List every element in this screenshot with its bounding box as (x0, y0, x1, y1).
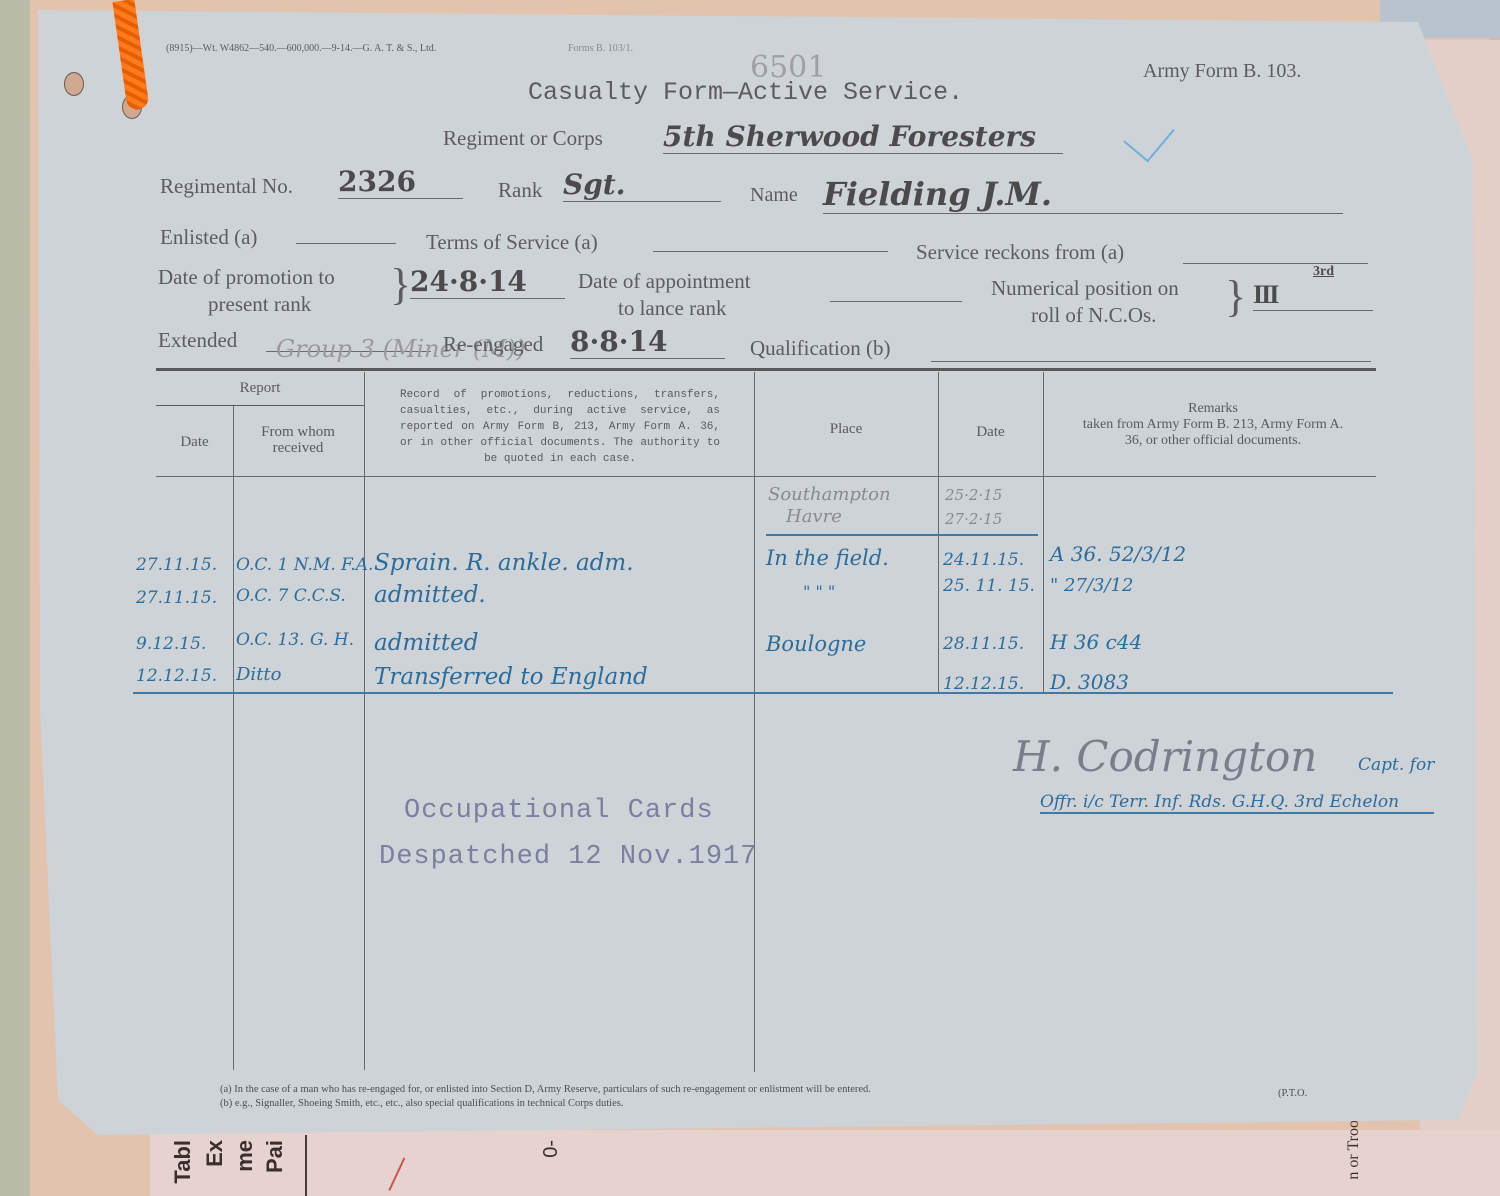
from-whom-cell: O.C. 13. G. H. (236, 630, 354, 650)
place-cell: " " " (803, 582, 835, 601)
appointment-label: Date of appointment (578, 269, 751, 294)
qualification-field (931, 360, 1371, 362)
report-date-cell: 9.12.15. (136, 634, 206, 654)
col-divider (233, 406, 234, 1070)
col-divider (364, 372, 365, 1070)
remarks-cell: A 36. 52/3/12 (1050, 542, 1186, 566)
print-code: (8915)—Wt. W4862—540.—600,000.—9-14.—G. … (166, 43, 436, 54)
col-divider (938, 372, 939, 692)
stamp-line-2: Despatched 12 Nov.1917 (379, 842, 757, 872)
header-date: Date (156, 434, 233, 450)
col-divider (754, 372, 755, 1072)
place-cell: In the field. (766, 546, 889, 570)
date-cell: 27·2·15 (945, 510, 1002, 528)
nco-position-field: III (1253, 280, 1373, 311)
report-sub-rule (156, 405, 364, 406)
regimental-no-field: 2326 (338, 165, 463, 199)
appointment-date-field (830, 300, 962, 302)
from-whom-cell: Ditto (236, 664, 282, 685)
header-remarks-sub: taken from Army Form B. 213, Army Form A… (1078, 417, 1348, 449)
place-cell: Southampton (768, 484, 891, 505)
service-reckons-field (1183, 262, 1368, 264)
nco-position-superscript: 3rd (1313, 264, 1334, 280)
record-cell: Sprain. R. ankle. adm. (374, 550, 634, 576)
terms-of-service-label: Terms of Service (a) (426, 230, 598, 255)
underlying-sheet-text: Pai (262, 1140, 288, 1173)
footnote-b: (b) e.g., Signaller, Shoeing Smith, etc.… (220, 1098, 623, 1109)
record-cell: admitted. (374, 582, 486, 608)
header-from-whom: From whom received (238, 424, 358, 456)
underlying-sheet-text: Tabl (170, 1140, 196, 1184)
signature-title: Capt. for (1358, 755, 1434, 775)
footnote-a: (a) In the case of a man who has re-enga… (220, 1084, 871, 1095)
tick-mark (1123, 110, 1175, 163)
report-date-cell: 12.12.15. (136, 666, 217, 686)
ink-end-rule (133, 692, 1393, 694)
enlisted-field (296, 242, 396, 244)
from-whom-cell: O.C. 1 N.M. F.A. (236, 555, 373, 575)
place-cell: Boulogne (766, 632, 866, 656)
header-place: Place (754, 421, 938, 437)
date-cell: 12.12.15. (943, 674, 1024, 694)
reengaged-label: Re-engaged (443, 332, 543, 357)
header-date-2: Date (938, 424, 1043, 440)
date-cell: 25·2·15 (945, 486, 1002, 504)
signature-office: Offr. i/c Terr. Inf. Rds. G.H.Q. 3rd Ech… (1040, 792, 1434, 814)
punch-hole (64, 72, 84, 96)
regiment-label: Regiment or Corps (443, 126, 603, 151)
date-cell: 28.11.15. (943, 634, 1024, 654)
green-cloth-edge (0, 0, 30, 1196)
from-whom-cell: O.C. 7 C.C.S. (236, 586, 346, 606)
terms-of-service-field (653, 250, 888, 252)
underlying-sheet-rule (305, 1135, 307, 1196)
rank-field: Sgt. (563, 168, 721, 202)
forms-reference: Forms B. 103/1. (568, 43, 633, 54)
please-turn-over: (P.T.O. (1278, 1088, 1307, 1099)
record-cell: Transferred to England (374, 664, 648, 690)
col-divider (1043, 372, 1044, 692)
date-cell: 24.11.15. (943, 550, 1024, 570)
brace: } (1225, 272, 1246, 322)
remarks-cell: H 36 c44 (1050, 630, 1142, 654)
nco-position-label: Numerical position on (991, 276, 1179, 301)
promotion-label: Date of promotion to (158, 265, 335, 290)
stamp-line-1: Occupational Cards (404, 796, 714, 826)
table-top-rule (156, 368, 1376, 371)
qualification-label: Qualification (b) (750, 336, 891, 361)
enlisted-label: Enlisted (a) (160, 225, 257, 250)
underlying-sheet-bottom (150, 1130, 1500, 1196)
underlying-sheet-text: 0- (540, 1140, 563, 1158)
form-id: Army Form B. 103. (1143, 60, 1301, 83)
casualty-form-paper: (8915)—Wt. W4862—540.—600,000.—9-14.—G. … (38, 10, 1478, 1150)
signature: H. Codrington (1013, 732, 1317, 781)
reengaged-field: 8·8·14 (570, 325, 725, 359)
report-date-cell: 27.11.15. (136, 555, 217, 575)
brace: } (390, 260, 411, 310)
date-cell: 25. 11. 15. (943, 576, 1035, 596)
regiment-field: 5th Sherwood Foresters (663, 120, 1063, 154)
header-bottom-rule (156, 476, 1376, 477)
header-report: Report (156, 380, 364, 396)
remarks-cell: " 27/3/12 (1050, 575, 1133, 596)
rank-label: Rank (498, 178, 542, 203)
remarks-cell: D. 3083 (1050, 670, 1129, 694)
nco-position-label-line2: roll of N.C.Os. (1031, 303, 1156, 328)
name-field: Fielding J.M. (823, 175, 1343, 214)
header-record: Record of promotions, reductions, transf… (400, 387, 720, 467)
appointment-label-line2: to lance rank (618, 296, 726, 321)
report-date-cell: 27.11.15. (136, 588, 217, 608)
service-reckons-label: Service reckons from (a) (916, 240, 1124, 265)
record-cell: admitted (374, 630, 478, 656)
underlying-sheet-text: n or Troo (1345, 1120, 1363, 1180)
underlying-sheet-text: me (232, 1140, 258, 1172)
underlying-sheet-text: Ex (202, 1140, 228, 1167)
ink-separator (766, 534, 1038, 536)
regimental-no-label: Regimental No. (160, 174, 293, 199)
promotion-date-field: 24·8·14 (410, 265, 565, 299)
extended-label: Extended (158, 328, 237, 353)
form-title: Casualty Form—Active Service. (528, 78, 963, 107)
header-remarks: Remarks (1078, 401, 1348, 417)
name-label: Name (750, 184, 798, 207)
place-cell: Havre (786, 506, 842, 527)
promotion-label-line2: present rank (208, 292, 311, 317)
